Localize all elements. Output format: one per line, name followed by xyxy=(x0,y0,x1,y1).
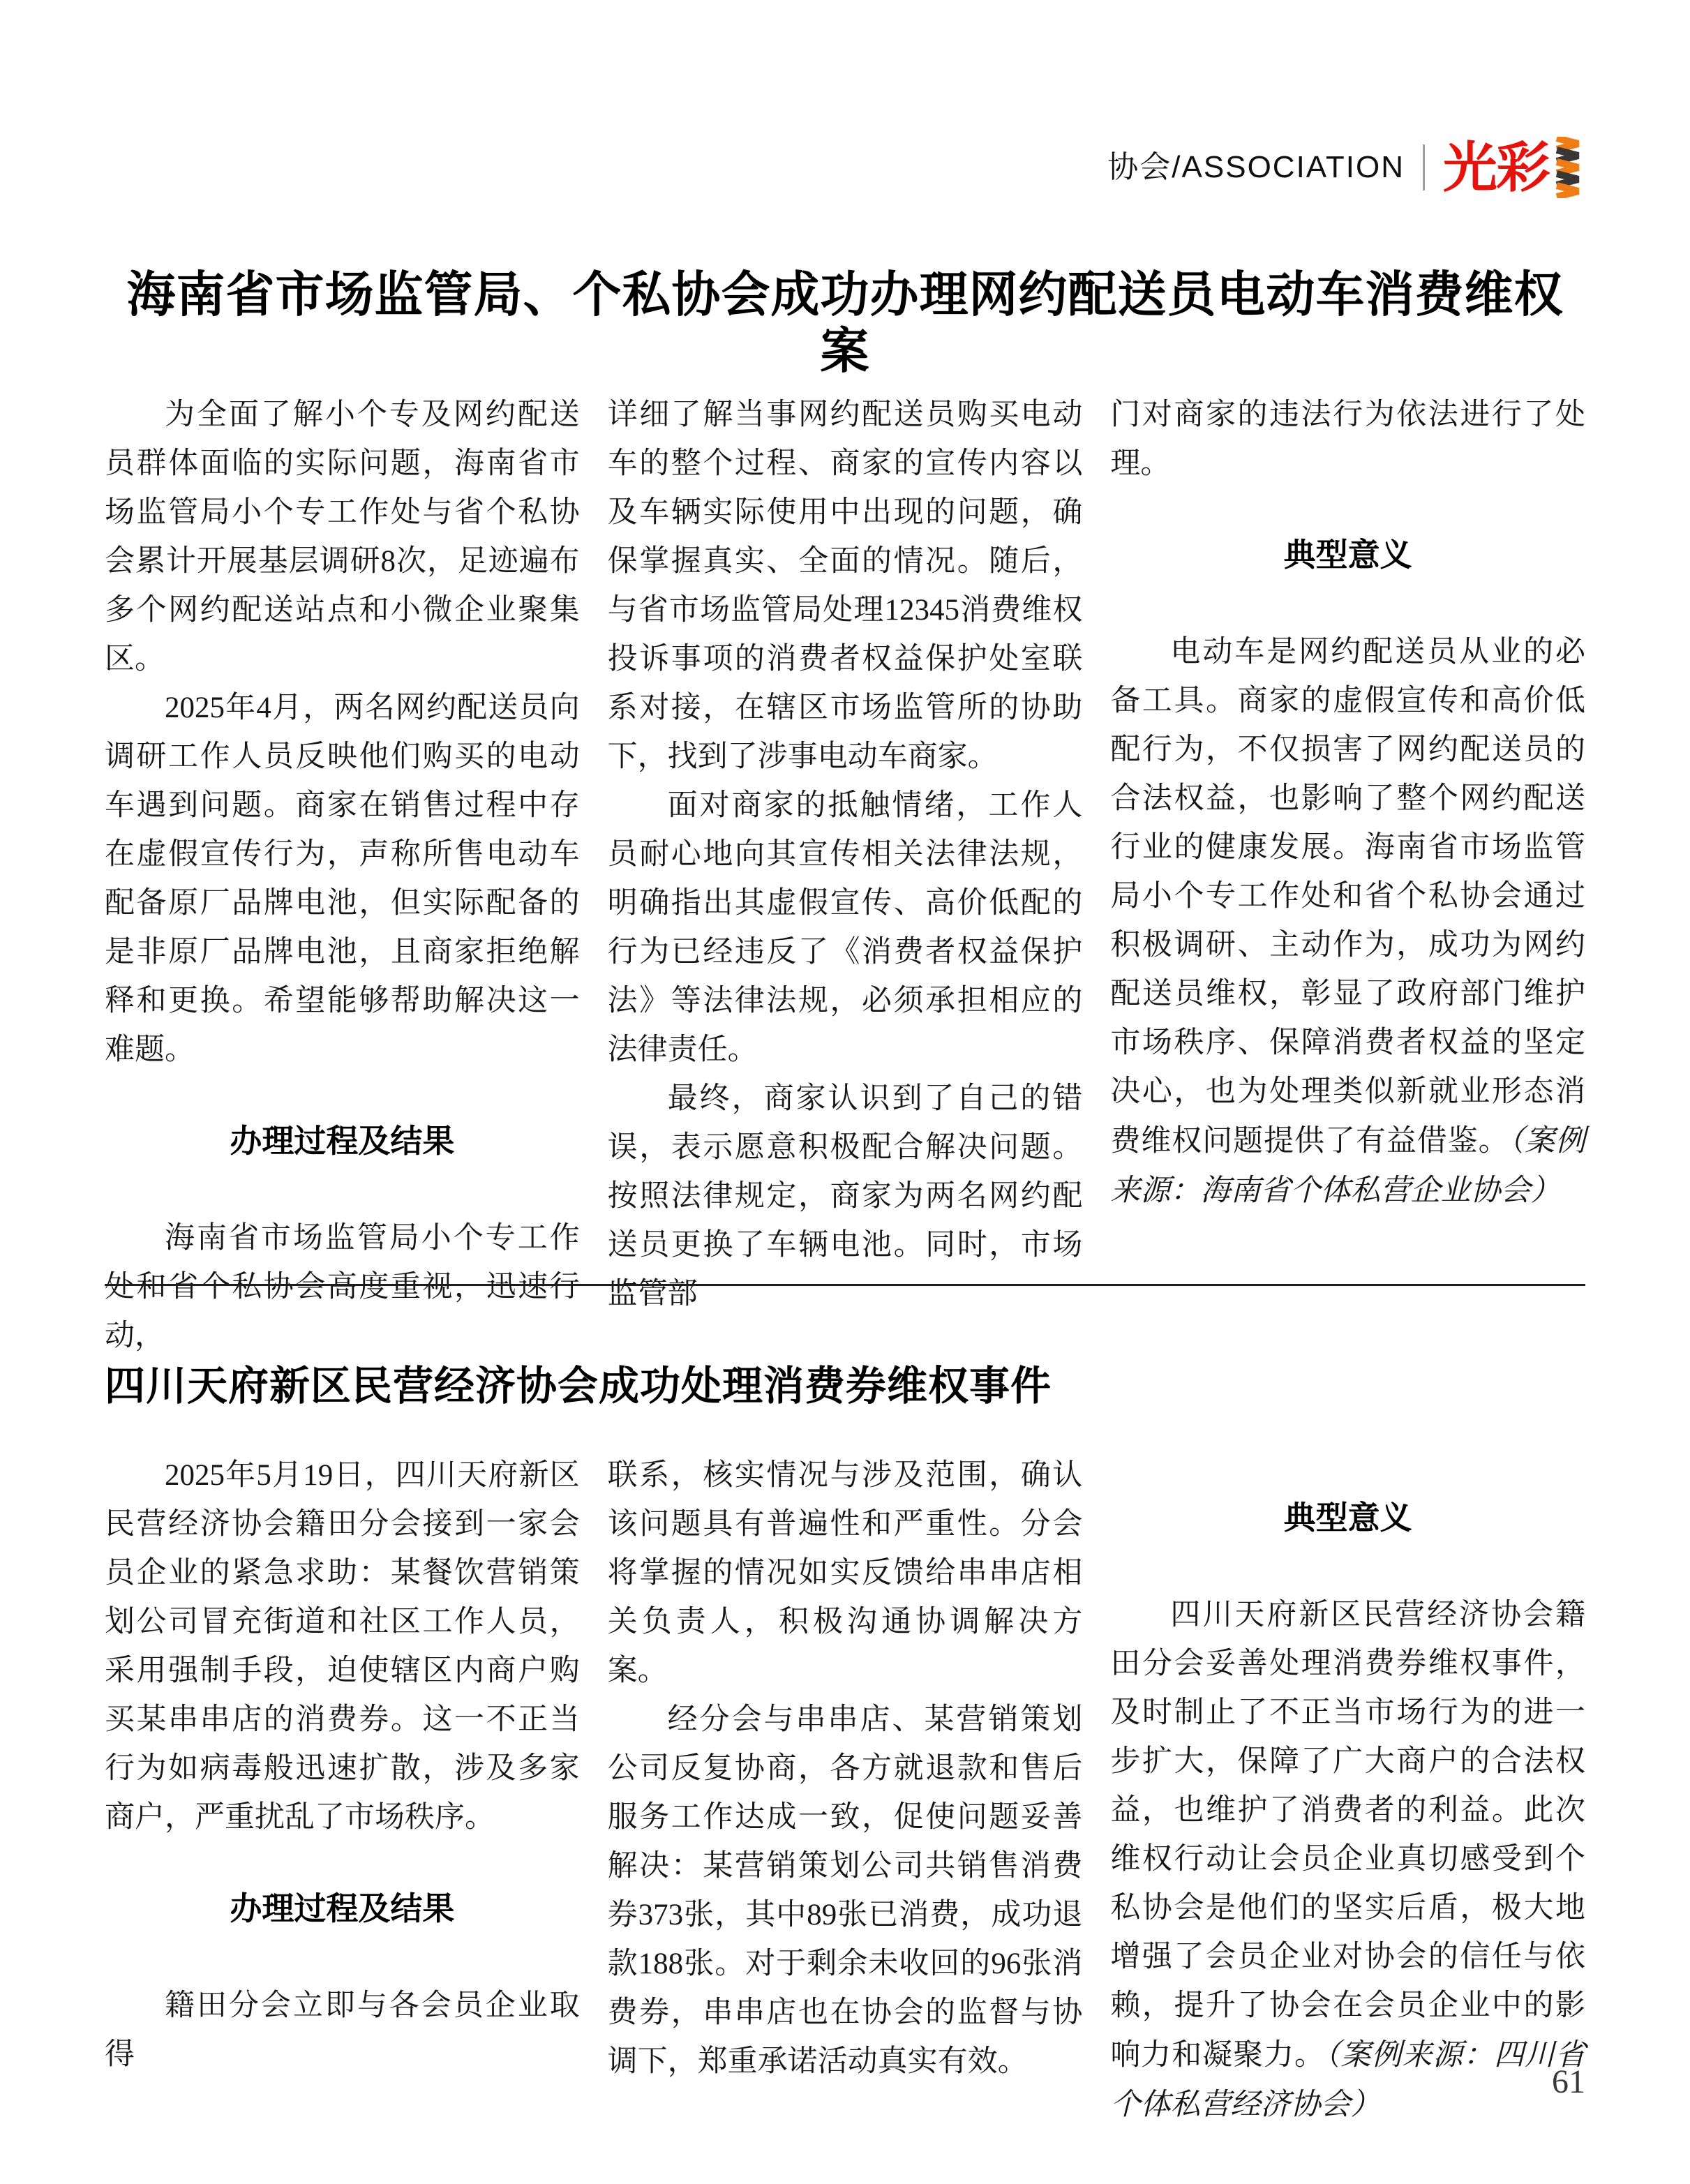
paragraph: 经分会与串串店、某营销策划公司反复协商，各方就退款和售后服务工作达成一致，促使问… xyxy=(608,1696,1083,2086)
paragraph: 面对商家的抵触情绪，工作人员耐心地向其宣传相关法律法规，明确指出其虚假宣传、高价… xyxy=(608,781,1083,1075)
brand-logo-text: 光彩 xyxy=(1443,140,1549,195)
paragraph: 海南省市场监管局小个专工作处和省个私协会高度重视，迅速行动， xyxy=(105,1214,580,1361)
paragraph: 籍田分会立即与各会员企业取得 xyxy=(105,1982,580,2079)
section-divider xyxy=(105,1284,1585,1286)
article2-column-1: 2025年5月19日，四川天府新区民营经济协会籍田分会接到一家会员企业的紧急求助… xyxy=(105,1451,580,2083)
paragraph: 最终，商家认识到了自己的错误，表示愿意积极配合解决问题。按照法律规定，商家为两名… xyxy=(608,1075,1083,1319)
article1-column-2: 详细了解当事网约配送员购买电动车的整个过程、商家的宣传内容以及车辆实际使用中出现… xyxy=(608,391,1083,1280)
subheading-process-result: 办理过程及结果 xyxy=(105,1116,580,1165)
brand-chevron-icon xyxy=(1555,137,1585,198)
paragraph: 2025年4月，两名网约配送员向调研工作人员反映他们购买的电动车遇到问题。商家在… xyxy=(105,684,580,1075)
article1-column-1: 为全面了解小个专及网约配送员群体面临的实际问题，海南省市场监管局小个专工作处与省… xyxy=(105,391,580,1280)
paragraph: 为全面了解小个专及网约配送员群体面临的实际问题，海南省市场监管局小个专工作处与省… xyxy=(105,391,580,684)
subheading-process-result: 办理过程及结果 xyxy=(105,1884,580,1933)
paragraph: 电动车是网约配送员从业的必备工具。商家的虚假宣传和高价低配行为，不仅损害了网约配… xyxy=(1110,628,1585,1216)
subheading-typical-significance: 典型意义 xyxy=(1110,1493,1585,1542)
article1-body: 为全面了解小个专及网约配送员群体面临的实际问题，海南省市场监管局小个专工作处与省… xyxy=(105,391,1585,1280)
article2-column-2: 联系，核实情况与涉及范围，确认该问题具有普遍性和严重性。分会将掌握的情况如实反馈… xyxy=(608,1451,1083,2083)
subheading-typical-significance: 典型意义 xyxy=(1110,530,1585,579)
article2-title: 四川天府新区民营经济协会成功处理消费券维权事件 xyxy=(105,1362,1052,1411)
paragraph-text: 四川天府新区民营经济协会籍田分会妥善处理消费券维权事件，及时制止了不正当市场行为… xyxy=(1110,1599,1585,2072)
paragraph: 门对商家的违法行为依法进行了处理。 xyxy=(1110,391,1585,488)
paragraph: 2025年5月19日，四川天府新区民营经济协会籍田分会接到一家会员企业的紧急求助… xyxy=(105,1451,580,1842)
paragraph: 详细了解当事网约配送员购买电动车的整个过程、商家的宣传内容以及车辆实际使用中出现… xyxy=(608,391,1083,781)
page-number: 61 xyxy=(1552,2065,1585,2099)
paragraph-text: 电动车是网约配送员从业的必备工具。商家的虚假宣传和高价低配行为，不仅损害了网约配… xyxy=(1110,636,1585,1158)
article2-body: 2025年5月19日，四川天府新区民营经济协会籍田分会接到一家会员企业的紧急求助… xyxy=(105,1451,1585,2083)
paragraph: 联系，核实情况与涉及范围，确认该问题具有普遍性和严重性。分会将掌握的情况如实反馈… xyxy=(608,1451,1083,1696)
page-header: 协会/ASSOCIATION 光彩 xyxy=(1107,137,1585,198)
section-label: 协会/ASSOCIATION xyxy=(1107,152,1405,183)
brand-logo: 光彩 xyxy=(1443,137,1585,198)
article1-column-3: 门对商家的违法行为依法进行了处理。 典型意义 电动车是网约配送员从业的必备工具。… xyxy=(1110,391,1585,1280)
header-divider xyxy=(1423,144,1425,190)
article2-column-3: 典型意义 四川天府新区民营经济协会籍田分会妥善处理消费券维权事件，及时制止了不正… xyxy=(1110,1451,1585,2083)
paragraph: 四川天府新区民营经济协会籍田分会妥善处理消费券维权事件，及时制止了不正当市场行为… xyxy=(1110,1591,1585,2130)
magazine-page: 协会/ASSOCIATION 光彩 海南省市场监管局、个私协会成功办理网约配送员… xyxy=(0,0,1690,2184)
article1-title: 海南省市场监管局、个私协会成功办理网约配送员电动车消费维权案 xyxy=(105,267,1585,379)
